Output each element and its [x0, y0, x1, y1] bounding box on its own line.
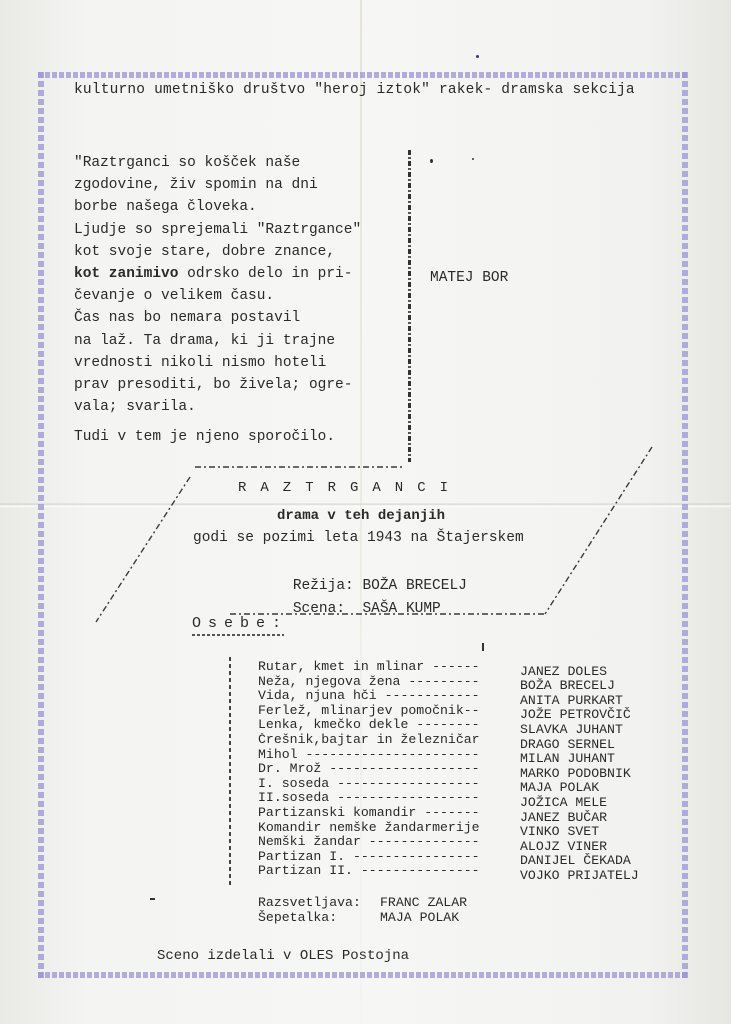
crew-name: MAJA POLAK [380, 910, 459, 925]
ink-speck [430, 159, 433, 163]
cast-row: Partizanski komandir -------JANEZ BUČAR [258, 806, 639, 821]
cast-heading: Osebe: [192, 614, 288, 634]
cast-list: Rutar, kmet in mlinar ------JANEZ DOLESN… [258, 660, 639, 879]
cast-margin-line [229, 657, 231, 885]
credit-label: Scena: [293, 601, 354, 617]
cast-row: II.soseda ------------------JOŽICA MELE [258, 791, 639, 806]
cast-actor: VOJKO PRIJATELJ [520, 869, 639, 884]
quote-line: zgodovine, živ spomin na dni [74, 174, 361, 196]
cast-row: I. soseda ------------------MAJA POLAK [258, 777, 639, 792]
quote-line: na laž. Ta drama, ki ji trajne [74, 330, 361, 352]
cast-role: Vida, njuna hči ------------ [258, 689, 520, 704]
quote-line: Čas nas bo nemara postavil [74, 307, 361, 329]
quote-line: "Raztrganci so košček naše [74, 152, 361, 174]
ink-speck [482, 643, 484, 651]
program-sheet: kulturno umetniško društvo "heroj iztok"… [0, 0, 731, 1024]
quote-line: Ljudje so sprejemali "Raztrgance" [74, 219, 361, 241]
border-bottom [38, 972, 688, 978]
cast-role: II.soseda ------------------ [258, 791, 520, 806]
quote-line: borbe našega človeka. [74, 196, 361, 218]
quote-line: vala; svarila. [74, 396, 361, 418]
cast-row: Nemški žandar --------------ALOJZ VINER [258, 835, 639, 850]
cast-role: Nemški žandar -------------- [258, 835, 520, 850]
cast-role: Lenka, kmečko dekle -------- [258, 718, 520, 733]
society-header: kulturno umetniško društvo "heroj iztok"… [74, 80, 635, 100]
cast-role: Partizanski komandir ------- [258, 806, 520, 821]
play-setting: godi se pozimi leta 1943 na Štajerskem [193, 528, 524, 548]
cast-role: Partizan I. ---------------- [258, 850, 520, 865]
play-title: RAZTRGANCI [238, 478, 462, 498]
footer-note: Sceno izdelali v OLES Postojna [157, 946, 409, 966]
border-left [38, 72, 44, 978]
ink-speck [472, 158, 474, 160]
crew-label: Šepetalka: [258, 910, 380, 925]
quote-line: vrednosti nikoli nismo hoteli [74, 352, 361, 374]
cast-role: Dr. Mrož ------------------- [258, 762, 520, 777]
cast-row: Rutar, kmet in mlinar ------JANEZ DOLES [258, 660, 639, 675]
crew-row: Razsvetljava:FRANC ZALAR [258, 895, 467, 910]
cast-role: Črešnik,bajtar in železničar [258, 733, 520, 748]
cast-row: Ferlež, mlinarjev pomočnik--JOŽE PETROVČ… [258, 704, 639, 719]
cast-row: Partizan I. ----------------DANIJEL ČEKA… [258, 850, 639, 865]
quote-bold-text: kot zanimivo [74, 266, 178, 282]
border-top [38, 72, 688, 78]
cast-row: Vida, njuna hči ------------ANITA PURKAR… [258, 689, 639, 704]
cast-heading-underline [192, 634, 284, 636]
cast-row: Črešnik,bajtar in železničarDRAGO SERNEL [258, 733, 639, 748]
intro-quote: "Raztrganci so košček našezgodovine, živ… [74, 152, 361, 449]
cast-role: Rutar, kmet in mlinar ------ [258, 660, 520, 675]
credit-name: SAŠA KUMP [362, 601, 440, 617]
crew-label: Razsvetljava: [258, 895, 380, 910]
cast-row: Lenka, kmečko dekle --------SLAVKA JUHAN… [258, 718, 639, 733]
crew-name: FRANC ZALAR [380, 895, 467, 910]
cast-role: Neža, njegova žena --------- [258, 675, 520, 690]
ink-speck [476, 55, 479, 58]
quote-closing: Tudi v tem je njeno sporočilo. [74, 426, 361, 448]
cast-role: Partizan II. --------------- [258, 864, 520, 879]
cast-role: I. soseda ------------------ [258, 777, 520, 792]
crew-list: Razsvetljava:FRANC ZALARŠepetalka:MAJA P… [258, 895, 467, 925]
quote-line: prav presoditi, bo živela; ogre- [74, 374, 361, 396]
cast-role: Komandir nemške žandarmerije [258, 821, 520, 836]
border-right [682, 72, 688, 978]
crew-row: Šepetalka:MAJA POLAK [258, 910, 467, 925]
cast-row: Neža, njegova žena ---------BOŽA BRECELJ [258, 675, 639, 690]
play-subtitle: drama v teh dejanjih [277, 506, 445, 526]
ink-speck [150, 898, 155, 900]
cast-row: Partizan II. ---------------VOJKO PRIJAT… [258, 864, 639, 879]
quote-line: čevanje o velikem času. [74, 285, 361, 307]
quote-line: kot svoje stare, dobre znance, [74, 241, 361, 263]
cast-row: Mihol ----------------------MILAN JUHANT [258, 748, 639, 763]
author-name: MATEJ BOR [430, 268, 508, 288]
cast-row: Komandir nemške žandarmerijeVINKO SVET [258, 821, 639, 836]
vertical-divider [408, 150, 411, 462]
quote-line: kot zanimivo odrsko delo in pri- [74, 263, 361, 285]
cast-row: Dr. Mrož -------------------MARKO PODOBN… [258, 762, 639, 777]
cast-role: Ferlež, mlinarjev pomočnik-- [258, 704, 520, 719]
cast-role: Mihol ---------------------- [258, 748, 520, 763]
